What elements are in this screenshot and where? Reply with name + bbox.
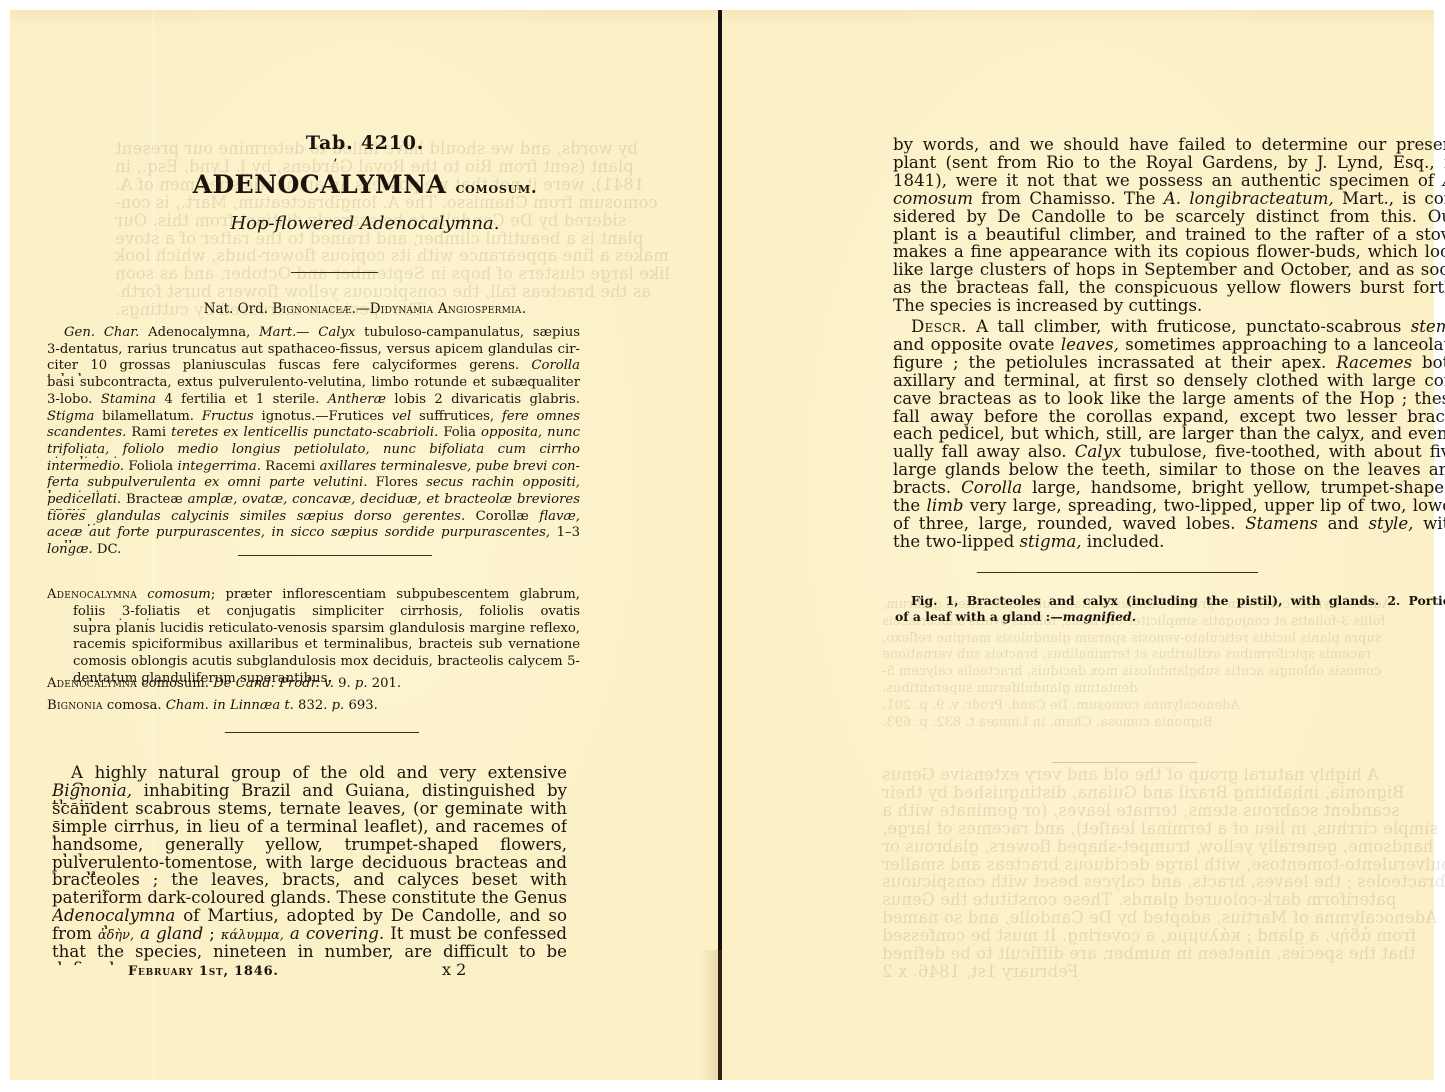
text-segment: A. longibracteatum, [1164,191,1334,208]
text-segment: longæ. [47,542,93,557]
text-segment: aceæ aut forte purpurascentes, in sicco … [47,526,550,540]
text-segment: Bracteæ [121,493,188,507]
text-segment: comosis oblongis acutis subglandulosis m… [73,655,580,669]
show-through-line: pulverulento-tomentose, with large decid… [882,855,1445,874]
text-segment: De Cand. Prodr. v. [213,676,334,691]
text-segment: Stamina [101,393,156,407]
text-segment: comosum [893,191,973,208]
gen-char-line: ferta subpulverulenta ex omni parte velu… [47,476,580,493]
text-segment: p. [332,698,345,713]
text-segment: citer 10 grossas planiusculas fuscas fer… [47,359,531,373]
text-segment: tubulose, five-toothed, with about five [1121,444,1445,461]
diagnosis-line: racemis spiciformibus axillaribus et ter… [73,638,580,655]
nat-ord-order: Bignoniaceæ. [272,301,356,317]
text-segment: each pedicel, but which, still, are larg… [893,426,1445,443]
text-segment: both [1412,355,1445,372]
text-segment: foliis 3-foliatis et conjugatis simplici… [73,605,580,622]
species-title: ADENOCALYMNA comosum. [10,172,720,197]
text-segment: comosum [147,588,211,602]
text-segment: a gland [134,926,203,943]
show-through-rule [1052,762,1197,763]
text-segment: racemis spiciformibus axillaribus et ter… [73,638,580,652]
text-segment: pateriform dark-coloured glands. These c… [52,890,567,907]
show-through-line: simple cirrhus, in lieu of a terminal le… [882,819,1438,838]
text-segment: supra planis lucidis reticulato-venosis … [73,622,580,636]
gen-char-line: intermedio. Foliola integerrima. Racemi … [47,460,580,477]
descr-line: the two-lipped stigma, included. [893,534,1164,551]
left-page: by words, and we should have failed to d… [10,10,720,1080]
section-rule [977,572,1258,573]
text-segment: as the bracteas fall, the conspicuous ye… [893,280,1445,297]
text-segment: integerrima. [177,460,260,474]
text-segment: Fructus [202,410,254,424]
text-segment: A tall climber, with fruticose, punctato… [967,319,1411,336]
diagnosis-line: comosis oblongis acutis subglandulosis m… [73,655,580,672]
text-segment: vel [392,410,411,424]
show-through-line: A highly natural group of the old and ve… [882,765,1379,784]
text-segment: large, handsome, bright yellow, trumpet-… [1022,480,1445,497]
text-segment: ignotus.—Frutices [254,410,392,424]
gen-char-line: pedicellati. Bracteæ amplæ, ovatæ, conca… [47,493,580,510]
text-segment: 3-lobo. [47,393,101,407]
genus-name: ADENOCALYMNA [193,170,447,199]
species-epithet: comosum. [456,178,538,197]
nat-ord-prefix: Nat. Ord. [204,301,273,317]
text-segment: the two-lipped [893,532,1020,551]
text-segment: Corolla [531,359,580,373]
text-segment: — [296,326,318,340]
section-rule [238,555,432,556]
text-segment: Stigma [47,410,94,424]
text-segment: stigma, [1020,532,1082,551]
gen-char-line: trifoliata, foliolo medio longius petiol… [47,443,580,460]
nat-ord-sep: — [356,301,370,317]
text-segment: ; [203,926,221,943]
text-segment: from [52,926,98,943]
body-line: The species is increased by cuttings. [893,298,1202,315]
show-through-line: Bignonia comosa. Cham. in Linnæa t. 832.… [882,715,1213,730]
show-through-line: as the bracteas fall, the conspicuous ye… [115,282,651,301]
text-segment: bracts. [893,480,961,497]
text-segment: Stamens [1245,516,1318,533]
show-through-line: dentatum glanduliferum superantibus. [882,681,1137,696]
section-rule [291,272,378,273]
diagnosis-line: Adenocalymna comosum; præter inflorescen… [47,588,580,605]
plate-number: Tab. 4210. [10,134,720,153]
text-segment: Gen. Char. [64,326,139,340]
text-segment: Calyx [318,326,355,340]
text-segment: figure ; the petiolules incrassated at t… [893,355,1336,372]
text-segment: suffrutices, [411,410,502,424]
gen-char-line: basi subcontracta, extus pulverulento-ve… [47,376,580,393]
text-segment: sometimes approaching to a lanceolate [1119,337,1445,354]
show-through-line: pateriform dark-coloured glands. These c… [882,890,1396,909]
text-segment: ually fall away also. [893,444,1075,461]
text-segment: 693. [344,698,378,713]
text-segment: sidered by De Candolle to be scarcely di… [893,209,1445,226]
show-through-line: like large clusters of hops in September… [115,264,670,283]
text-segment: intermedio. [47,460,124,474]
text-segment: opposita, nunc [481,426,580,440]
text-segment: 1841), were it not that we possess an au… [893,173,1443,190]
gen-char-line: aceæ aut forte purpurascentes, in sicco … [47,526,580,543]
text-segment: DC. [93,542,122,557]
text-segment: Adenocalymna [47,676,137,691]
text-segment: Bignonia [47,698,103,713]
text-segment: axillary and terminal, at first so dense… [893,373,1445,390]
text-segment: Racemes [1336,355,1412,372]
text-segment: a covering. [284,926,384,943]
text-segment: p. [355,676,368,691]
section-rule [225,732,419,733]
right-page: Adenocalymna comosum ; præter infloresce… [722,10,1434,1080]
text-segment: tiores glandulas calycinis similes sæpiu… [47,510,465,524]
publication-date: February 1st, 1846. [128,965,279,978]
text-segment: axillares terminalesve, pube brevi con- [320,460,580,474]
text-segment: Corolla [961,480,1022,497]
gen-char-line: 3-dentatus, rarius truncatus aut spathac… [47,343,580,360]
synonym-line: Adenocalymna comosum. De Cand. Prodr. v.… [47,677,401,690]
text-segment: 3-dentatus, rarius truncatus aut spathac… [47,343,580,357]
text-segment: Adenocalymna, [139,326,259,340]
text-segment: plant is a beautiful climber, and traine… [893,227,1445,244]
text-segment: Adenocalymna [47,588,137,602]
text-segment: Fig. 1, Bracteoles and calyx (including … [911,595,1445,608]
text-segment: of a leaf with a gland :— [895,609,1063,624]
diagnosis-line: foliis 3-foliatis et conjugatis simplici… [73,605,580,622]
show-through-line: comosis oblongis acutis subglandulosis m… [882,664,1381,679]
show-through-line: Bignonia, inhabiting Brazil and Guiana, … [882,783,1404,802]
text-segment: makes a fine appearance with its copious… [893,244,1445,261]
gen-char-line: Stigma bilamellatum. Fructus ignotus.—Fr… [47,410,580,427]
synonym-line: Bignonia comosa. Cham. in Linnæa t. 832.… [47,699,378,712]
gen-char-line: tiores glandulas calycinis similes sæpiu… [47,510,580,527]
text-segment: Folia [438,426,481,440]
text-segment: that the species, nineteen in number, ar… [52,944,567,965]
common-name: Hop-flowered Adenocalymna. [10,215,720,233]
show-through-line: from ἀδὴν, a gland ; κάλυμμα, a covering… [882,926,1416,945]
diagnosis-line: supra planis lucidis reticulato-venosis … [73,622,580,639]
text-segment: Mart. [259,326,296,340]
text-segment: scandentes. [47,426,126,440]
show-through-line: Adenocalymna of Martius, adopted by De C… [882,908,1437,927]
text-segment: ; præter inflorescentiam subpubescentem … [211,588,580,602]
text-segment: It must be confessed [384,926,567,943]
show-through-line: bracteoles ; the leaves, bracts, and cal… [882,872,1445,891]
text-segment: the [893,498,927,515]
show-through-line: racemis spiciformibus axillaribus et ter… [882,647,1371,662]
show-through-line: handsome, generally yellow, trumpet-shap… [882,837,1433,856]
text-segment: cave bracteas as to look like the large … [893,391,1445,408]
text-segment: leaves, [1061,337,1119,354]
text-segment: comosa. [103,698,166,713]
text-segment: magnified. [1063,609,1136,624]
text-segment: trifoliata, foliolo medio longius petiol… [47,443,580,460]
text-segment: of three, large, rounded, waved lobes. [893,516,1245,533]
text-segment: stems [1411,319,1445,336]
show-through-line: scandent scabrous stems, ternate leaves,… [882,801,1400,820]
nat-ord-class: Didynamia Angiospermia. [370,301,527,317]
text-segment: Calyx [1075,444,1122,461]
text-segment: teretes ex lenticellis punctato-scabriol… [171,426,438,440]
show-through-line: Adenocalymna comosum. De Cand. Prodr. v.… [882,698,1240,713]
text-segment: 201. [368,676,402,691]
text-segment: plant (sent from Rio to the Royal Garden… [893,155,1445,172]
text-segment: lobis 2 divaricatis glabris. [386,393,580,407]
text-segment: 9. [334,676,355,691]
text-segment: like large clusters of hops in September… [893,262,1445,279]
text-segment: from Chamisso. The [973,191,1164,208]
book-spread: by words, and we should have failed to d… [10,10,1434,1080]
text-segment: bilamellatum. [94,410,201,424]
text-segment: 4 fertilia et 1 sterile. [156,393,328,407]
text-segment: included. [1082,532,1165,551]
text-segment: Racemi [261,460,320,474]
text-segment: very large, spreading, two-lipped, upper… [964,498,1445,515]
show-through-line: that the species, nineteen in number, ar… [882,944,1415,963]
signature-mark: x 2 [442,962,466,978]
text-segment: 832. [294,698,332,713]
body-line: that the species, nineteen in number, ar… [52,944,567,965]
text-segment: The species is increased by cuttings. [893,296,1202,315]
gen-char-line: Gen. Char. Adenocalymna, Mart.— Calyx tu… [64,326,580,343]
gen-char-line: longæ. DC. [47,543,121,556]
text-segment: Flores [367,476,426,490]
natural-order: Nat. Ord. Bignoniaceæ.—Didynamia Angiosp… [10,303,720,317]
text-segment: and opposite ovate [893,337,1061,354]
text-segment: limb [927,498,964,515]
text-segment: κάλυμμα, [221,928,284,943]
gen-char-line: scandentes. Rami teretes ex lenticellis … [47,426,580,443]
text-segment: fere omnes [502,410,580,424]
show-through-line: makes a fine appearance with its copious… [115,246,669,265]
text-segment: style, [1368,516,1413,533]
text-segment: Descr. [911,319,967,336]
text-segment: comosum. [137,676,213,691]
text-segment: Corollæ [465,510,539,524]
caption-line: of a leaf with a gland :—magnified. [895,611,1136,623]
text-segment: by words, and we should have failed to d… [893,137,1445,154]
text-segment: ἀδὴν, [98,928,134,943]
text-segment: Cham. in Linnæa t. [166,698,294,713]
text-segment: Rami [126,426,171,440]
text-segment: 1–3 [550,526,580,540]
text-segment: large glands below the teeth, similar to… [893,462,1445,479]
show-through-line: supra planis lucidis reticulato-venosis … [882,631,1381,646]
gen-char-line: 3-lobo. Stamina 4 fertilia et 1 sterile.… [47,393,580,410]
show-through-line: February 1st, 1846. x 2 [882,962,1078,981]
gen-char-line: citer 10 grossas planiusculas fuscas fer… [47,359,580,376]
text-segment: Mart., is con- [1334,191,1445,208]
text-segment: and [1318,516,1369,533]
text-segment: with [1413,516,1445,533]
text-segment: Foliola [124,460,177,474]
text-segment: basi subcontracta, extus pulverulento-ve… [47,376,580,390]
text-segment: Antheræ [328,393,386,407]
text-segment: tubuloso-campanulatus, sæpius [355,326,580,340]
text-segment [137,588,147,602]
